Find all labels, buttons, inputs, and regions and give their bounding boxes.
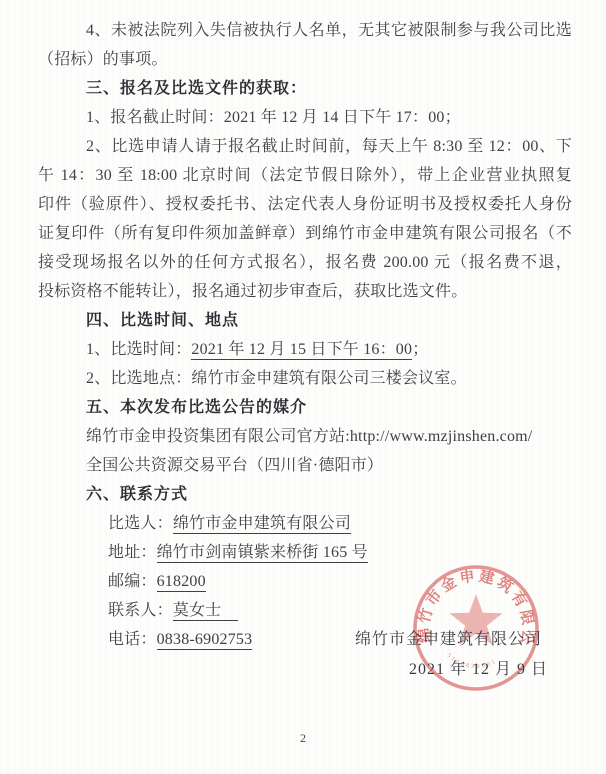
- page-number: 2: [0, 731, 606, 746]
- document-line: 绵竹市金申投资集团有限公司官方站:http://www.mzjinshen.co…: [38, 422, 572, 451]
- text-segment: 2、比选申请人请于报名截止时间前，每天上午 8:30 至 12：00、下: [86, 138, 572, 155]
- section-heading: 五、本次发布比选公告的媒介: [38, 393, 572, 422]
- text-segment: 联系人：: [108, 602, 173, 619]
- underlined-text-segment: 2021 年 12 月 15 日下午 16：00: [191, 341, 412, 360]
- section-heading: 六、联系方式: [38, 480, 572, 509]
- section-heading: 四、比选时间、地点: [38, 306, 572, 335]
- signature-company: 绵竹市金申建筑有限公司: [355, 626, 542, 649]
- underlined-text-segment: 莫女士: [173, 602, 238, 621]
- document-line: 4、未被法院列入失信被执行人名单，无其它被限制参与我公司比选: [38, 16, 572, 45]
- section-heading: 三、报名及比选文件的获取：: [38, 74, 572, 103]
- text-segment: 绵竹市金申投资集团有限公司官方站:http://www.mzjinshen.co…: [86, 428, 532, 445]
- text-segment: 全国公共资源交易平台（四川省·德阳市）: [86, 457, 383, 474]
- text-segment: 2、比选地点：绵竹市金申建筑有限公司三楼会议室。: [86, 370, 467, 387]
- text-segment: ；: [412, 341, 428, 358]
- document-line: 比选人：绵竹市金申建筑有限公司: [38, 509, 572, 538]
- text-segment: 印件（验原件）、授权委托书、法定代表人身份证明书及授权委托人身份: [38, 196, 572, 213]
- document-page: 4、未被法院列入失信被执行人名单，无其它被限制参与我公司比选（招标）的事项。三、…: [0, 0, 606, 774]
- document-line: 全国公共资源交易平台（四川省·德阳市）: [38, 451, 572, 480]
- signature-date: 2021 年 12 月 9 日: [409, 656, 548, 679]
- text-segment: 六、联系方式: [86, 486, 188, 503]
- text-segment: 4、未被法院列入失信被执行人名单，无其它被限制参与我公司比选: [86, 22, 572, 39]
- text-segment: 邮编：: [108, 573, 157, 590]
- document-line: 1、报名截止时间：2021 年 12 月 14 日下午 17：00；: [38, 103, 572, 132]
- document-line: 1、比选时间：2021 年 12 月 15 日下午 16：00；: [38, 335, 572, 364]
- text-segment: 比选人：: [108, 515, 173, 532]
- text-segment: （招标）的事项。: [38, 51, 168, 68]
- text-segment: 1、报名截止时间：2021 年 12 月 14 日下午 17：00；: [86, 109, 461, 126]
- text-segment: 接受现场报名以外的任何方式报名），报名费 200.00 元（报名费不退，: [38, 254, 572, 271]
- underlined-text-segment: 绵竹市金申建筑有限公司: [173, 515, 351, 534]
- text-segment: 午 14：30 至 18:00 北京时间（法定节假日除外），带上企业营业执照复: [38, 167, 572, 184]
- document-line: 投标资格不能转让），报名通过初步审查后，获取比选文件。: [38, 277, 572, 306]
- text-segment: 电话：: [108, 631, 157, 648]
- text-segment: 地址：: [108, 544, 157, 561]
- text-segment: 四、比选时间、地点: [86, 312, 239, 329]
- underlined-text-segment: 0838-6902753: [157, 631, 253, 650]
- text-segment: 三、报名及比选文件的获取：: [86, 80, 307, 97]
- text-segment: 五、本次发布比选公告的媒介: [86, 399, 307, 416]
- document-line: 印件（验原件）、授权委托书、法定代表人身份证明书及授权委托人身份: [38, 190, 572, 219]
- document-line: 证复印件（所有复印件须加盖鲜章）到绵竹市金申建筑有限公司报名（不: [38, 219, 572, 248]
- underlined-text-segment: 绵竹市剑南镇紫来桥街 165 号: [157, 544, 368, 563]
- document-line: 午 14：30 至 18:00 北京时间（法定节假日除外），带上企业营业执照复: [38, 161, 572, 190]
- document-body: 4、未被法院列入失信被执行人名单，无其它被限制参与我公司比选（招标）的事项。三、…: [38, 16, 572, 654]
- text-segment: 证复印件（所有复印件须加盖鲜章）到绵竹市金申建筑有限公司报名（不: [38, 225, 572, 242]
- document-line: 2、比选地点：绵竹市金申建筑有限公司三楼会议室。: [38, 364, 572, 393]
- underlined-text-segment: 618200: [157, 573, 206, 592]
- document-line: 接受现场报名以外的任何方式报名），报名费 200.00 元（报名费不退，: [38, 248, 572, 277]
- text-segment: 1、比选时间：: [86, 341, 191, 358]
- document-line: （招标）的事项。: [38, 45, 572, 74]
- document-line: 2、比选申请人请于报名截止时间前，每天上午 8:30 至 12：00、下: [38, 132, 572, 161]
- text-segment: 投标资格不能转让），报名通过初步审查后，获取比选文件。: [38, 283, 467, 300]
